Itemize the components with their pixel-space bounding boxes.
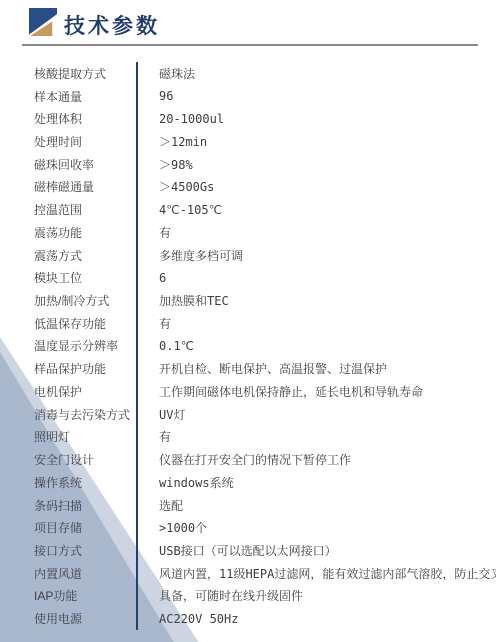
- spec-label: 消毒与去污染方式: [0, 406, 136, 423]
- spec-label: 磁棒磁通量: [0, 178, 136, 195]
- spec-value: ＞98%: [136, 153, 496, 176]
- spec-row: 加热/制冷方式 加热膜和TEC: [0, 289, 496, 312]
- spec-value: 开机自检、断电保护、高温报警、过温保护: [136, 357, 496, 380]
- title-divider-line: [22, 44, 478, 46]
- spec-label: 使用电源: [0, 610, 136, 627]
- spec-value: 有: [136, 426, 496, 449]
- spec-table: 核酸提取方式 磁珠法 样本通量 96 处理体积 20-1000ul 处理时间 ＞…: [0, 62, 496, 630]
- spec-value: >1000个: [136, 516, 496, 539]
- spec-value: 选配: [136, 494, 496, 517]
- spec-row: 操作系统 windows系统: [0, 471, 496, 494]
- spec-label: 接口方式: [0, 542, 136, 559]
- spec-value: AC220V 50Hz: [136, 607, 496, 630]
- spec-label: 样品保护功能: [0, 360, 136, 377]
- spec-row: 磁棒磁通量 ＞4500Gs: [0, 176, 496, 199]
- spec-row: 处理时间 ＞12min: [0, 130, 496, 153]
- spec-label: 内置风道: [0, 565, 136, 582]
- spec-label: 操作系统: [0, 474, 136, 491]
- spec-label: 核酸提取方式: [0, 65, 136, 82]
- spec-row: 消毒与去污染方式 UV灯: [0, 403, 496, 426]
- spec-value: 多维度多档可调: [136, 244, 496, 267]
- spec-row: 温度显示分辨率 0.1℃: [0, 335, 496, 358]
- spec-row: 样品保护功能 开机自检、断电保护、高温报警、过温保护: [0, 357, 496, 380]
- spec-value: ＞12min: [136, 130, 496, 153]
- spec-value: 有: [136, 312, 496, 335]
- logo-icon: [29, 8, 57, 36]
- page: 技术参数 核酸提取方式 磁珠法 样本通量 96 处理体积 20-1000ul 处…: [0, 0, 496, 642]
- spec-value: 4℃-105℃: [136, 198, 496, 221]
- spec-label: 照明灯: [0, 428, 136, 445]
- spec-row: 电机保护 工作期间磁体电机保持静止，延长电机和导轨寿命: [0, 380, 496, 403]
- spec-value: 96: [136, 85, 496, 108]
- spec-label: 项目存储: [0, 519, 136, 536]
- spec-row: 磁珠回收率 ＞98%: [0, 153, 496, 176]
- spec-row: 条码扫描 选配: [0, 494, 496, 517]
- spec-value: 6: [136, 266, 496, 289]
- spec-row: 使用电源 AC220V 50Hz: [0, 607, 496, 630]
- spec-value: 0.1℃: [136, 335, 496, 358]
- spec-row: 低温保存功能 有: [0, 312, 496, 335]
- spec-label: 震荡方式: [0, 247, 136, 264]
- spec-value: 具备，可随时在线升级固件: [136, 585, 496, 608]
- spec-row: 核酸提取方式 磁珠法: [0, 62, 496, 85]
- spec-row: 处理体积 20-1000ul: [0, 107, 496, 130]
- spec-label: 模块工位: [0, 269, 136, 286]
- spec-value: UV灯: [136, 403, 496, 426]
- spec-label: IAP功能: [0, 587, 136, 604]
- spec-label: 低温保存功能: [0, 315, 136, 332]
- spec-row: 模块工位 6: [0, 266, 496, 289]
- spec-value: 工作期间磁体电机保持静止，延长电机和导轨寿命: [136, 380, 496, 403]
- spec-label: 安全门设计: [0, 451, 136, 468]
- spec-row: IAP功能 具备，可随时在线升级固件: [0, 585, 496, 608]
- spec-row: 照明灯 有: [0, 426, 496, 449]
- spec-label: 加热/制冷方式: [0, 292, 136, 309]
- spec-value: 20-1000ul: [136, 107, 496, 130]
- spec-value: 风道内置，11级HEPA过滤网，能有效过滤内部气溶胶，防止交叉污染: [136, 562, 496, 585]
- spec-label: 条码扫描: [0, 497, 136, 514]
- spec-label: 磁珠回收率: [0, 156, 136, 173]
- spec-row: 安全门设计 仪器在打开安全门的情况下暂停工作: [0, 448, 496, 471]
- spec-value: ＞4500Gs: [136, 176, 496, 199]
- spec-row: 震荡方式 多维度多档可调: [0, 244, 496, 267]
- spec-label: 控温范围: [0, 201, 136, 218]
- spec-row: 接口方式 USB接口（可以选配以太网接口）: [0, 539, 496, 562]
- spec-value: 加热膜和TEC: [136, 289, 496, 312]
- spec-value: 仪器在打开安全门的情况下暂停工作: [136, 448, 496, 471]
- page-title: 技术参数: [64, 10, 160, 40]
- spec-value: 磁珠法: [136, 62, 496, 85]
- spec-row: 项目存储 >1000个: [0, 516, 496, 539]
- spec-label: 处理时间: [0, 133, 136, 150]
- spec-row: 控温范围 4℃-105℃: [0, 198, 496, 221]
- spec-row: 样本通量 96: [0, 85, 496, 108]
- spec-label: 电机保护: [0, 383, 136, 400]
- spec-label: 温度显示分辨率: [0, 337, 136, 354]
- spec-row: 内置风道 风道内置，11级HEPA过滤网，能有效过滤内部气溶胶，防止交叉污染: [0, 562, 496, 585]
- spec-value: USB接口（可以选配以太网接口）: [136, 539, 496, 562]
- spec-label: 震荡功能: [0, 224, 136, 241]
- spec-label: 样本通量: [0, 88, 136, 105]
- spec-row: 震荡功能 有: [0, 221, 496, 244]
- spec-value: 有: [136, 221, 496, 244]
- spec-label: 处理体积: [0, 110, 136, 127]
- spec-value: windows系统: [136, 471, 496, 494]
